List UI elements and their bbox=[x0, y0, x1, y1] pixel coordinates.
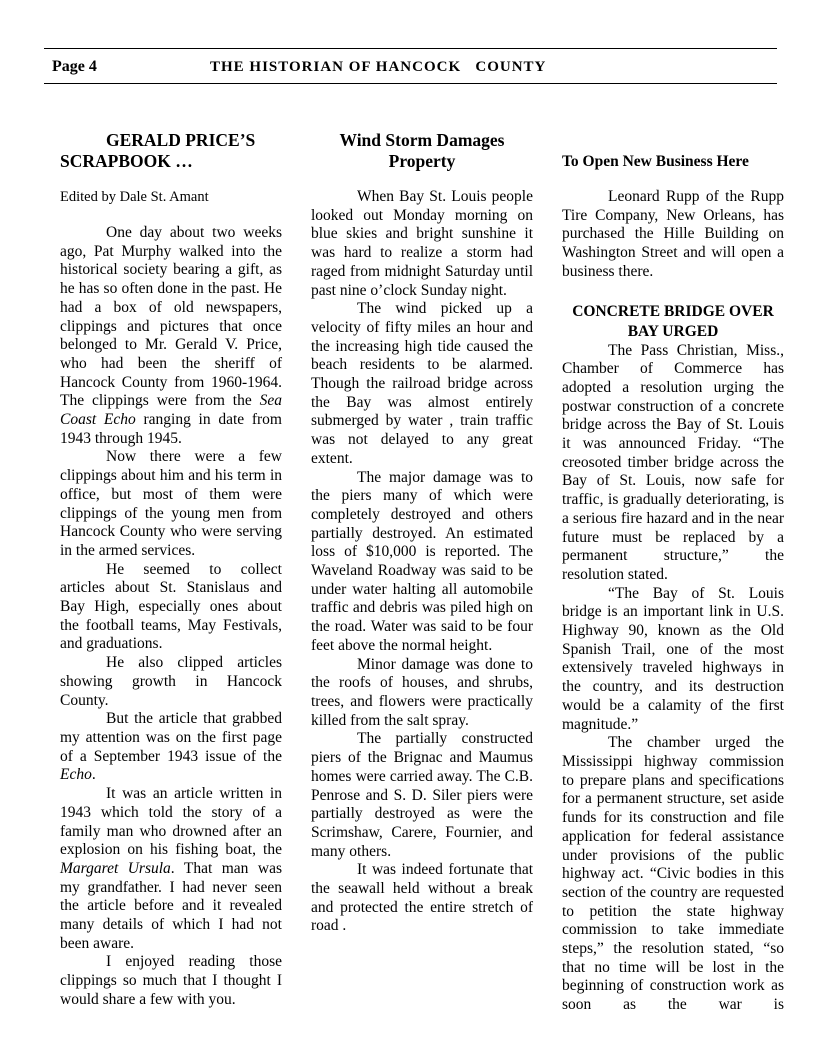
concrete-bridge-heading: CONCRETE BRIDGE OVER BAY URGED bbox=[562, 302, 784, 342]
text-run: The chamber urged the Mississippi highwa… bbox=[562, 734, 784, 1013]
wind-storm-heading: Wind Storm Damages Property bbox=[311, 130, 533, 172]
article-paragraph: Now there were a few clippings about him… bbox=[60, 448, 282, 560]
text-run: Now there were a few clippings about him… bbox=[60, 448, 282, 559]
text-run: I enjoyed reading those clippings so muc… bbox=[60, 953, 282, 1007]
article-paragraph: The Pass Christian, Miss., Chamber of Co… bbox=[562, 342, 784, 585]
italic-text-run: Margaret Ursula bbox=[60, 860, 171, 877]
article-paragraph: The partially constructed piers of the B… bbox=[311, 730, 533, 861]
text-run: It was an article written in 1943 which … bbox=[60, 785, 282, 858]
column-business-bridge: To Open New Business HereLeonard Rupp of… bbox=[562, 130, 784, 1015]
article-paragraph: The chamber urged the Mississippi highwa… bbox=[562, 734, 784, 1015]
article-paragraph: I enjoyed reading those clippings so muc… bbox=[60, 953, 282, 1009]
text-run: GERALD PRICE’S SCRAPBOOK … bbox=[60, 130, 255, 171]
italic-text-run: Echo bbox=[60, 766, 92, 783]
article-paragraph: Minor damage was done to the roofs of ho… bbox=[311, 656, 533, 731]
byline: Edited by Dale St. Amant bbox=[60, 188, 282, 206]
article-paragraph: He seemed to collect articles about St. … bbox=[60, 561, 282, 655]
text-run: The wind picked up a velocity of fifty m… bbox=[311, 300, 533, 467]
text-run: Wind Storm Damages Property bbox=[340, 130, 505, 171]
text-run: When Bay St. Louis people looked out Mon… bbox=[311, 188, 533, 299]
newsletter-page: Page 4 THE HISTORIAN OF HANCOCK COUNTY G… bbox=[0, 0, 816, 1056]
column-wind-storm: Wind Storm Damages PropertyWhen Bay St. … bbox=[311, 130, 533, 1015]
article-paragraph: He also clipped articles showing growth … bbox=[60, 654, 282, 710]
text-run: The partially constructed piers of the B… bbox=[311, 730, 533, 859]
text-run: Leonard Rupp of the Rupp Tire Company, N… bbox=[562, 188, 784, 280]
text-run: One day about two weeks ago, Pat Murphy … bbox=[60, 224, 282, 409]
text-run: To Open New Business Here bbox=[562, 153, 749, 170]
text-run: Minor damage was done to the roofs of ho… bbox=[311, 656, 533, 729]
newsletter-title: THE HISTORIAN OF HANCOCK COUNTY bbox=[210, 59, 546, 76]
article-paragraph: The wind picked up a velocity of fifty m… bbox=[311, 300, 533, 468]
text-run: He seemed to collect articles about St. … bbox=[60, 561, 282, 653]
text-run: “The Bay of St. Louis bridge is an impor… bbox=[562, 585, 784, 733]
column-scrapbook: GERALD PRICE’S SCRAPBOOK …Edited by Dale… bbox=[60, 130, 282, 1015]
text-run: The major damage was to the piers many o… bbox=[311, 469, 533, 654]
text-run: He also clipped articles showing growth … bbox=[60, 654, 282, 708]
article-paragraph: It was indeed fortunate that the seawall… bbox=[311, 861, 533, 936]
article-paragraph: “The Bay of St. Louis bridge is an impor… bbox=[562, 585, 784, 735]
article-paragraph: It was an article written in 1943 which … bbox=[60, 785, 282, 953]
article-paragraph: But the article that grabbed my attentio… bbox=[60, 710, 282, 785]
text-run: But the article that grabbed my attentio… bbox=[60, 710, 282, 764]
page-header: Page 4 THE HISTORIAN OF HANCOCK COUNTY bbox=[44, 48, 777, 84]
article-paragraph: Leonard Rupp of the Rupp Tire Company, N… bbox=[562, 188, 784, 282]
scrapbook-heading: GERALD PRICE’S SCRAPBOOK … bbox=[60, 130, 282, 172]
new-business-heading: To Open New Business Here bbox=[562, 152, 784, 172]
article-columns: GERALD PRICE’S SCRAPBOOK …Edited by Dale… bbox=[60, 130, 816, 1015]
text-run: . bbox=[92, 766, 96, 783]
text-run: CONCRETE BRIDGE OVER BAY URGED bbox=[572, 303, 774, 340]
article-paragraph: One day about two weeks ago, Pat Murphy … bbox=[60, 224, 282, 448]
page-number-label: Page 4 bbox=[52, 58, 97, 76]
text-run: It was indeed fortunate that the seawall… bbox=[311, 861, 533, 934]
article-paragraph: The major damage was to the piers many o… bbox=[311, 469, 533, 656]
text-run: Edited by Dale St. Amant bbox=[60, 189, 209, 205]
text-run: The Pass Christian, Miss., Chamber of Co… bbox=[562, 342, 784, 583]
article-paragraph: When Bay St. Louis people looked out Mon… bbox=[311, 188, 533, 300]
